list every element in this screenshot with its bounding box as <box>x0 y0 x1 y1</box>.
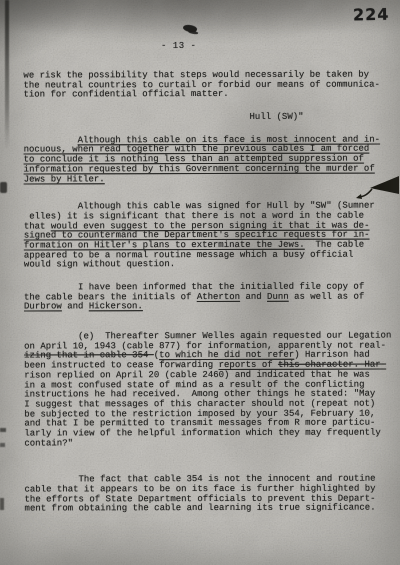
edge-ink-mark <box>0 428 6 432</box>
scanned-document-page: 224 - 13 - we risk the possibility that … <box>0 0 400 565</box>
document-body: we risk the possibility that steps would… <box>23 71 398 528</box>
paragraph: (e) Thereafter Sumner Welles again reque… <box>24 332 398 449</box>
edge-ink-mark <box>0 182 7 193</box>
paragraph: The fact that cable 354 is not the innoc… <box>24 475 398 515</box>
ink-speck-icon <box>182 23 197 33</box>
text-line: Hull (SW)" <box>250 113 398 123</box>
text-line: contain?" <box>24 438 398 449</box>
paragraph: I have been informed that the initialled… <box>24 283 398 313</box>
text-line: Jews by Hitler. <box>24 174 398 185</box>
paragraph: Although this cable was signed for Hull … <box>24 202 398 271</box>
text-line: tion for confidential official matter. <box>23 90 397 101</box>
attribution: Hull (SW)" <box>250 113 398 123</box>
text-line: Durbrow and Hickerson. <box>24 302 398 313</box>
text-line: ment from obtaining the cable and learni… <box>25 504 399 515</box>
edge-ink-mark <box>0 443 5 447</box>
edge-ink-mark <box>0 498 4 510</box>
page-corner-stamp: 224 <box>352 5 389 25</box>
page-number: - 13 - <box>161 41 196 51</box>
scan-edge-left-shadow <box>5 0 9 150</box>
text-line: larly in view of the helpful information… <box>24 428 398 439</box>
paragraph: Although this cable on its face is most … <box>24 135 398 184</box>
paragraph: we risk the possibility that steps would… <box>23 71 397 101</box>
text-line: would sign without question. <box>24 260 398 271</box>
